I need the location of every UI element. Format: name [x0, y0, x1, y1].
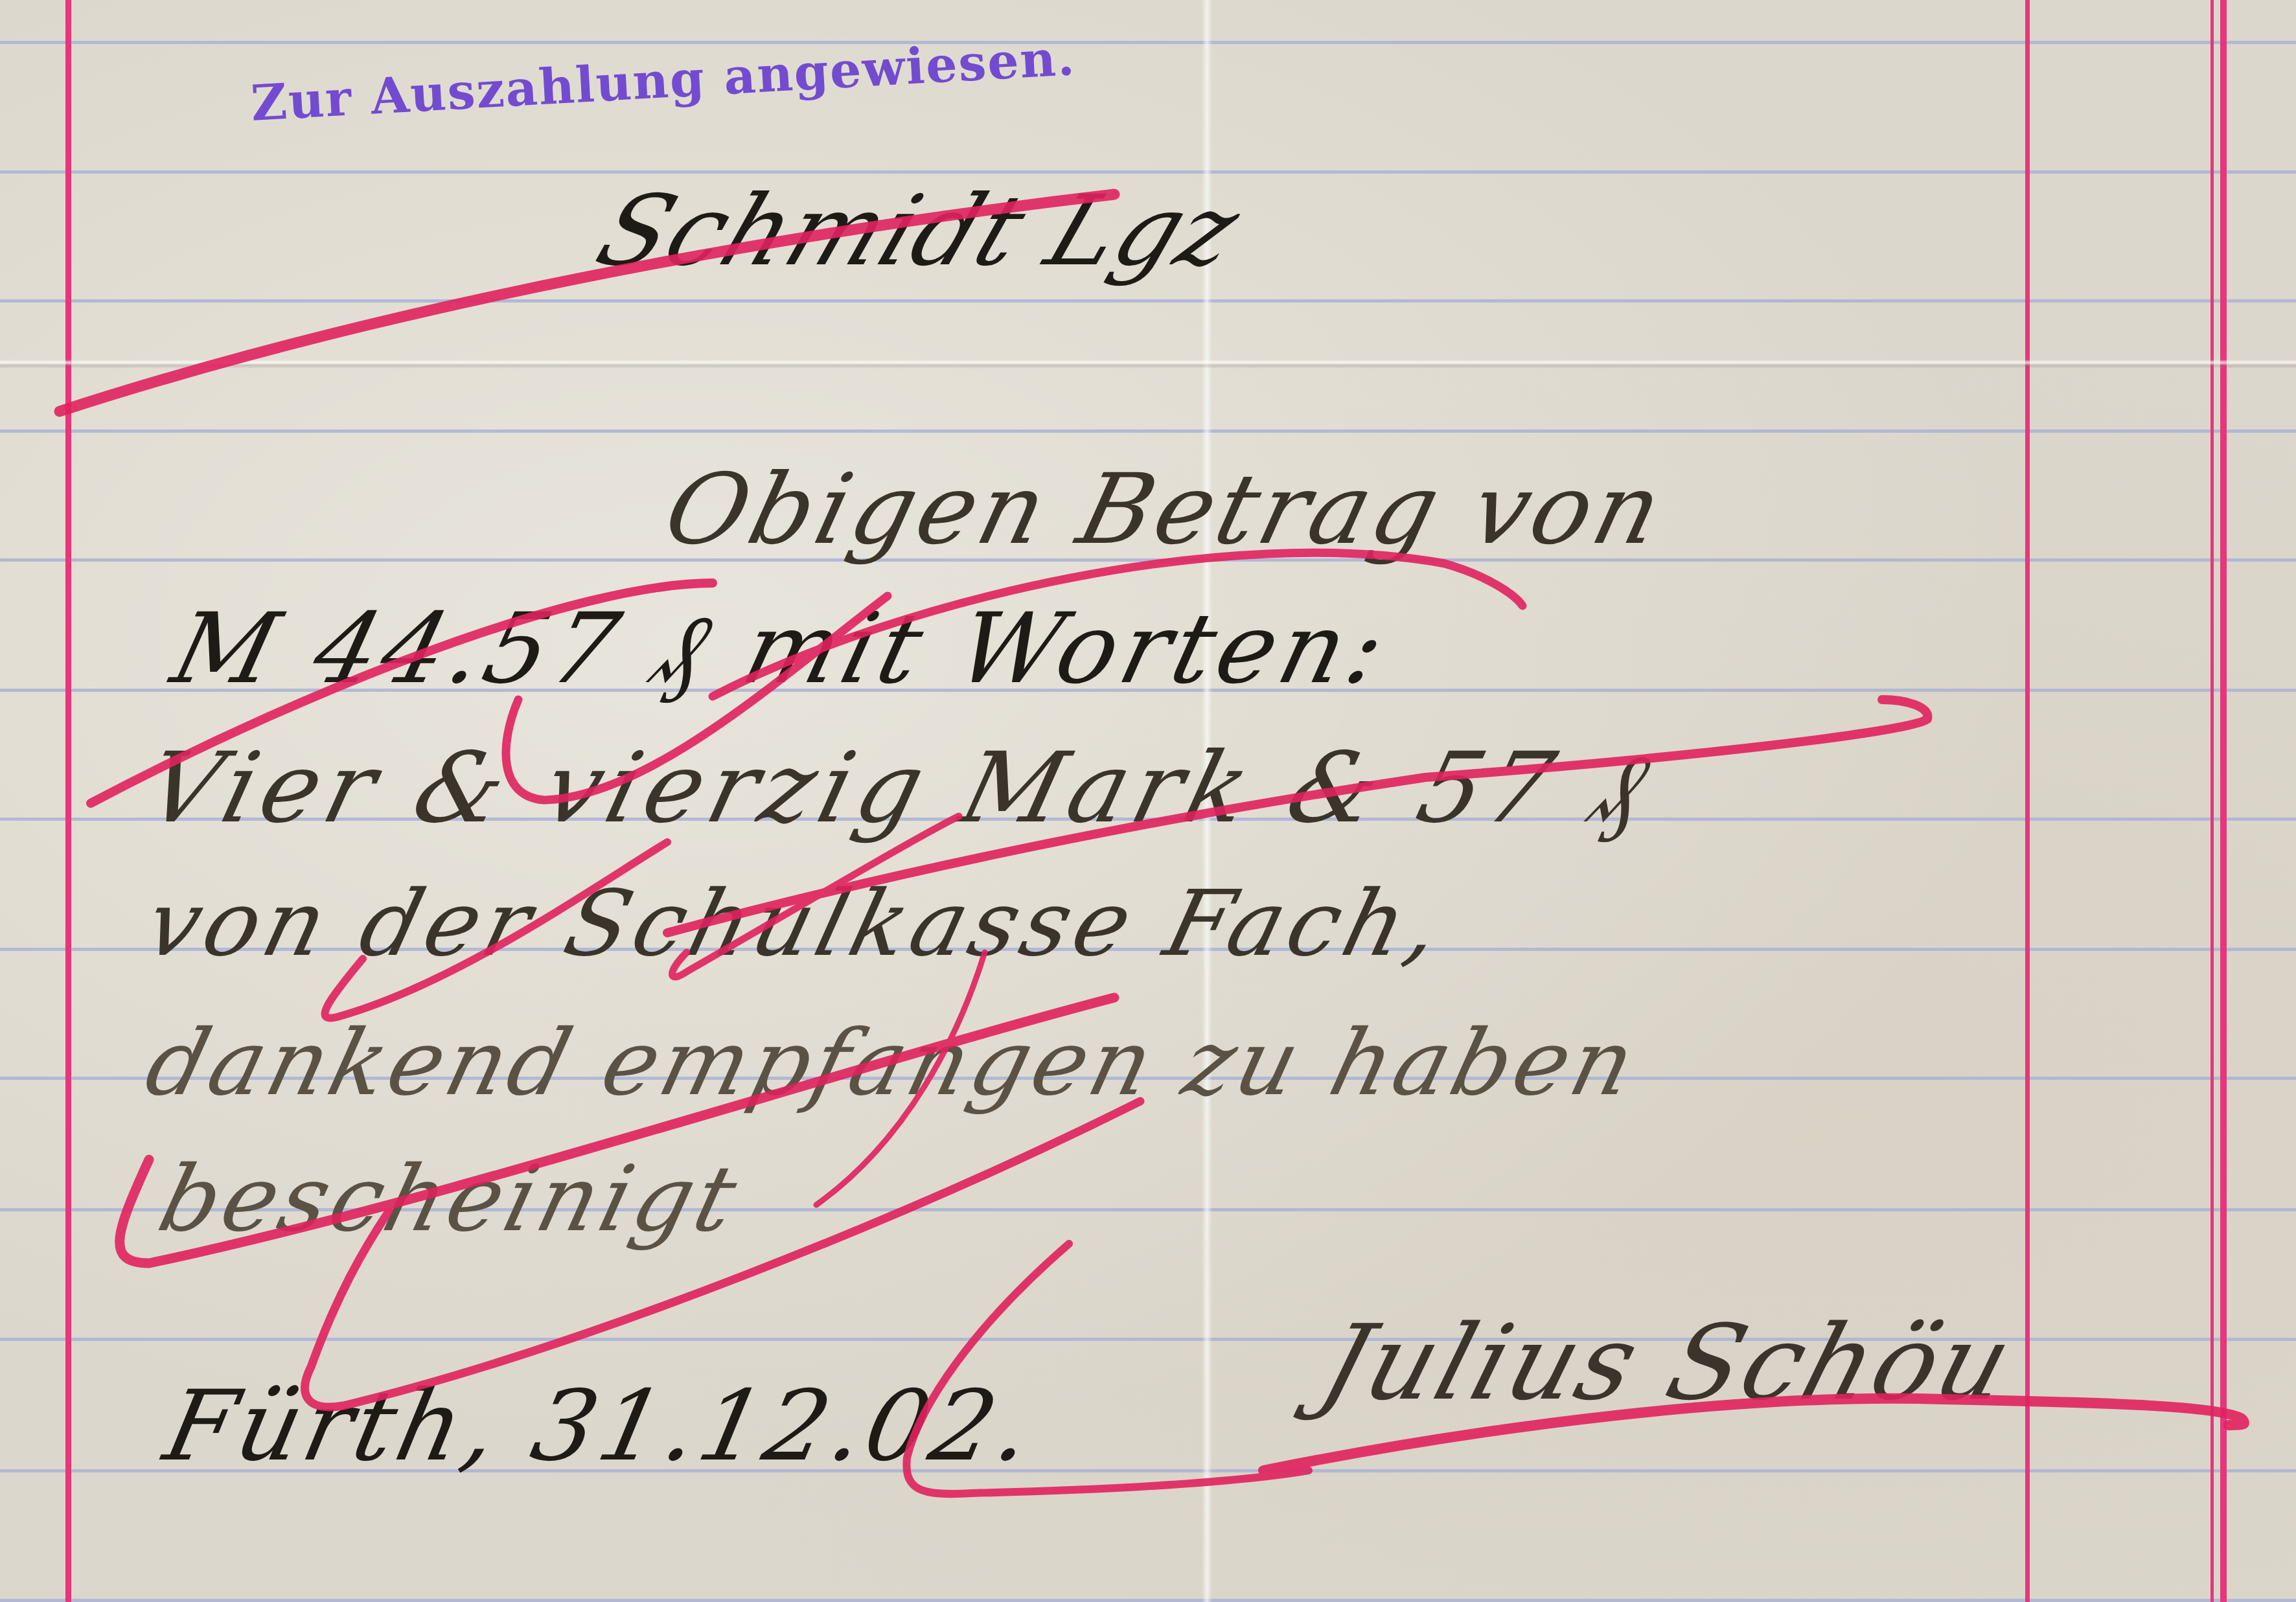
document-page: Zur Auszahlung angewiesen. Schmidt Lgz O…	[0, 0, 2296, 1602]
left-margin-line	[65, 0, 71, 1602]
place-date: Fürth, 31.12.02.	[155, 1370, 1045, 1483]
right-margin-line-thick	[2220, 0, 2227, 1602]
ruling-line	[0, 1599, 2296, 1602]
right-margin-line-thin	[2210, 0, 2214, 1602]
body-line-amount-words: Vier & vierzig Mark & 57 ₰	[136, 732, 1664, 845]
right-margin-line	[2025, 0, 2030, 1602]
body-line-6: bescheinigt	[149, 1147, 750, 1252]
ruling-line	[0, 41, 2296, 44]
approval-signature: Schmidt Lgz	[583, 175, 1256, 288]
body-line-5: dankend empfangen zu haben	[136, 1011, 1648, 1116]
ruling-line	[0, 299, 2296, 303]
body-line-amount: M 44.57 ₰ mit Worten:	[162, 593, 1401, 705]
ruling-line	[0, 170, 2296, 174]
paper-fold-horizontal	[0, 360, 2296, 369]
ruling-line	[0, 429, 2296, 433]
payee-signature: Julius Schöu	[1309, 1302, 2027, 1423]
body-line-1: Obigen Betrag von	[654, 453, 1676, 566]
payment-approved-stamp: Zur Auszahlung angewiesen.	[249, 29, 1077, 132]
body-line-4: von der Schulkasse Fach,	[136, 871, 1456, 977]
